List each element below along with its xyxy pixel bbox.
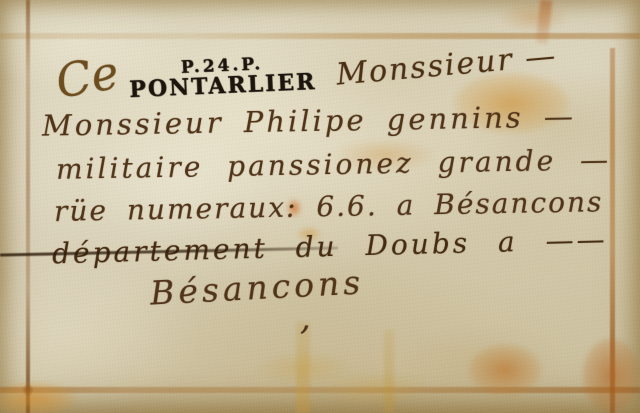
- yellow-staining-bottom: [250, 340, 430, 410]
- fold-crease-right: [610, 48, 615, 413]
- rust-stain-bottom-left: [0, 382, 76, 413]
- address-line-street: rüe numeraux: 6.6. a Bésancons: [54, 185, 604, 228]
- faint-stain-top-right: [498, 2, 568, 32]
- fold-crease-bottom: [0, 387, 640, 393]
- address-line-occupation: militaire panssionez grande —: [56, 143, 612, 186]
- paper-sheet: P.24.P. PONTARLIER Ce Monssieur — Monssi…: [0, 0, 640, 413]
- rust-stain-bottom-right: [468, 344, 542, 396]
- postmark-stamp: P.24.P. PONTARLIER: [124, 52, 321, 103]
- handwritten-monssieur-top: Monssieur —: [335, 38, 559, 92]
- comma-flourish: ,: [300, 298, 311, 338]
- stain-streak-bottom-center-2: [384, 330, 394, 413]
- address-line-city: Bésancons: [149, 262, 365, 312]
- rust-stain-right-edge-bottom: [582, 338, 640, 413]
- letter-photo: P.24.P. PONTARLIER Ce Monssieur — Monssi…: [0, 0, 640, 413]
- address-line-recipient-name: Monssieur Philipe gennins —: [42, 99, 576, 142]
- sender-paraph-flourish: Ce: [52, 45, 123, 109]
- stain-streak-top-right: [536, 0, 553, 45]
- fold-intersection-spot: [22, 384, 34, 396]
- fold-crease-left: [26, 0, 30, 413]
- fold-crease-top: [0, 33, 640, 39]
